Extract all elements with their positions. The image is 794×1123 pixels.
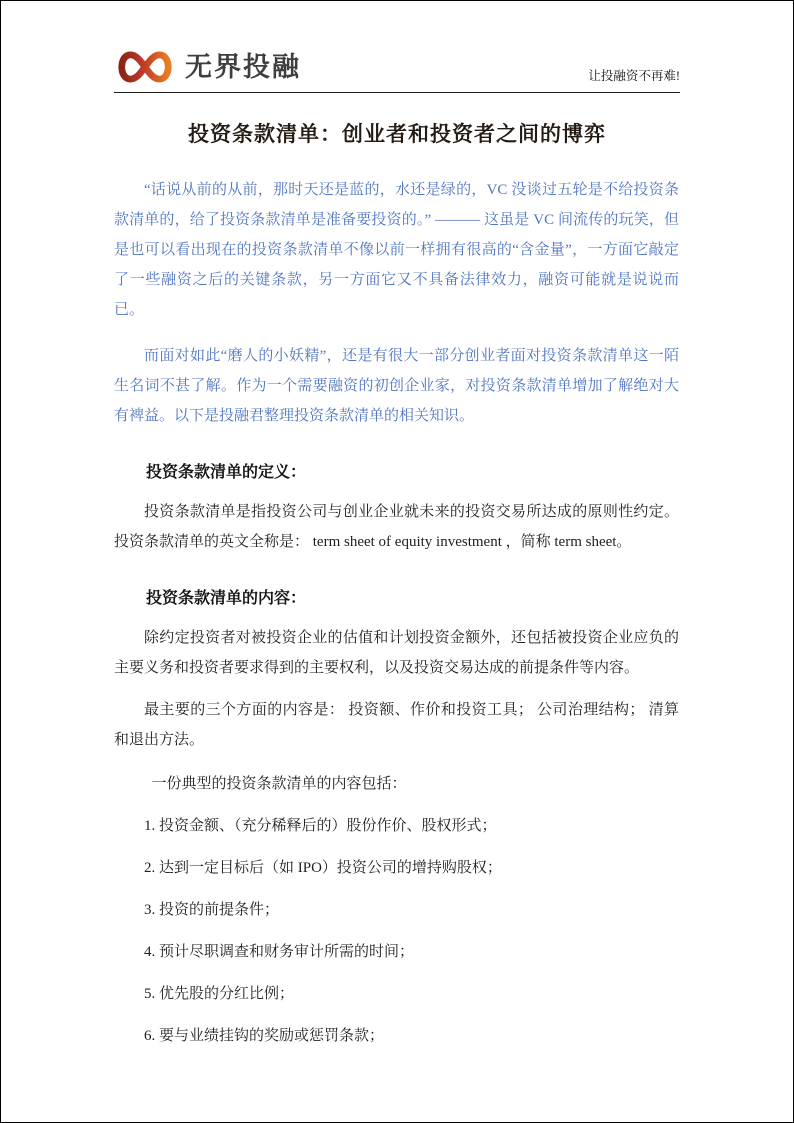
list-item: 1. 投资金额、（充分稀释后的）股份作价、股权形式； (114, 811, 679, 841)
infinity-ribbon-icon (114, 47, 176, 87)
page-header: 无界投融 让投融资不再难! (1, 1, 793, 93)
list-item: 3. 投资的前提条件； (114, 895, 679, 925)
section-heading-contents: 投资条款清单的内容： (114, 587, 679, 611)
header-tagline: 让投融资不再难! (588, 66, 680, 87)
contents-paragraph-2: 最主要的三个方面的内容是： 投资额、作价和投资工具； 公司治理结构； 清算和退出… (114, 695, 679, 755)
list-intro: 一份典型的投资条款清单的内容包括： (114, 769, 679, 799)
list-item: 6. 要与业绩挂钩的奖励或惩罚条款； (114, 1021, 679, 1051)
intro-paragraph-2: 而面对如此“磨人的小妖精”，还是有很大一部分创业者面对投资条款清单这一陌生名词不… (114, 341, 679, 431)
page-title: 投资条款清单：创业者和投资者之间的博弈 (1, 119, 793, 149)
intro-paragraph-1: “话说从前的从前，那时天还是蓝的，水还是绿的，VC 没谈过五轮是不给投资条款清单… (114, 175, 679, 325)
list-item: 5. 优先股的分红比例； (114, 979, 679, 1009)
company-logo: 无界投融 (114, 47, 301, 87)
section-heading-definition: 投资条款清单的定义： (114, 461, 679, 485)
definition-paragraph: 投资条款清单是指投资公司与创业企业就未来的投资交易所达成的原则性约定。投资条款清… (114, 497, 679, 557)
list-item: 4. 预计尽职调查和财务审计所需的时间； (114, 937, 679, 967)
document-body: “话说从前的从前，那时天还是蓝的，水还是绿的，VC 没谈过五轮是不给投资条款清单… (1, 175, 793, 1051)
document-page: 无界投融 让投融资不再难! 投资条款清单：创业者和投资者之间的博弈 “话说从前的… (0, 0, 794, 1123)
header-row: 无界投融 让投融资不再难! (114, 47, 680, 93)
list-item: 2. 达到一定目标后（如 IPO）投资公司的增持购股权； (114, 853, 679, 883)
logo-text: 无界投融 (185, 47, 301, 87)
contents-paragraph-1: 除约定投资者对被投资企业的估值和计划投资金额外，还包括被投资企业应负的主要义务和… (114, 623, 679, 683)
